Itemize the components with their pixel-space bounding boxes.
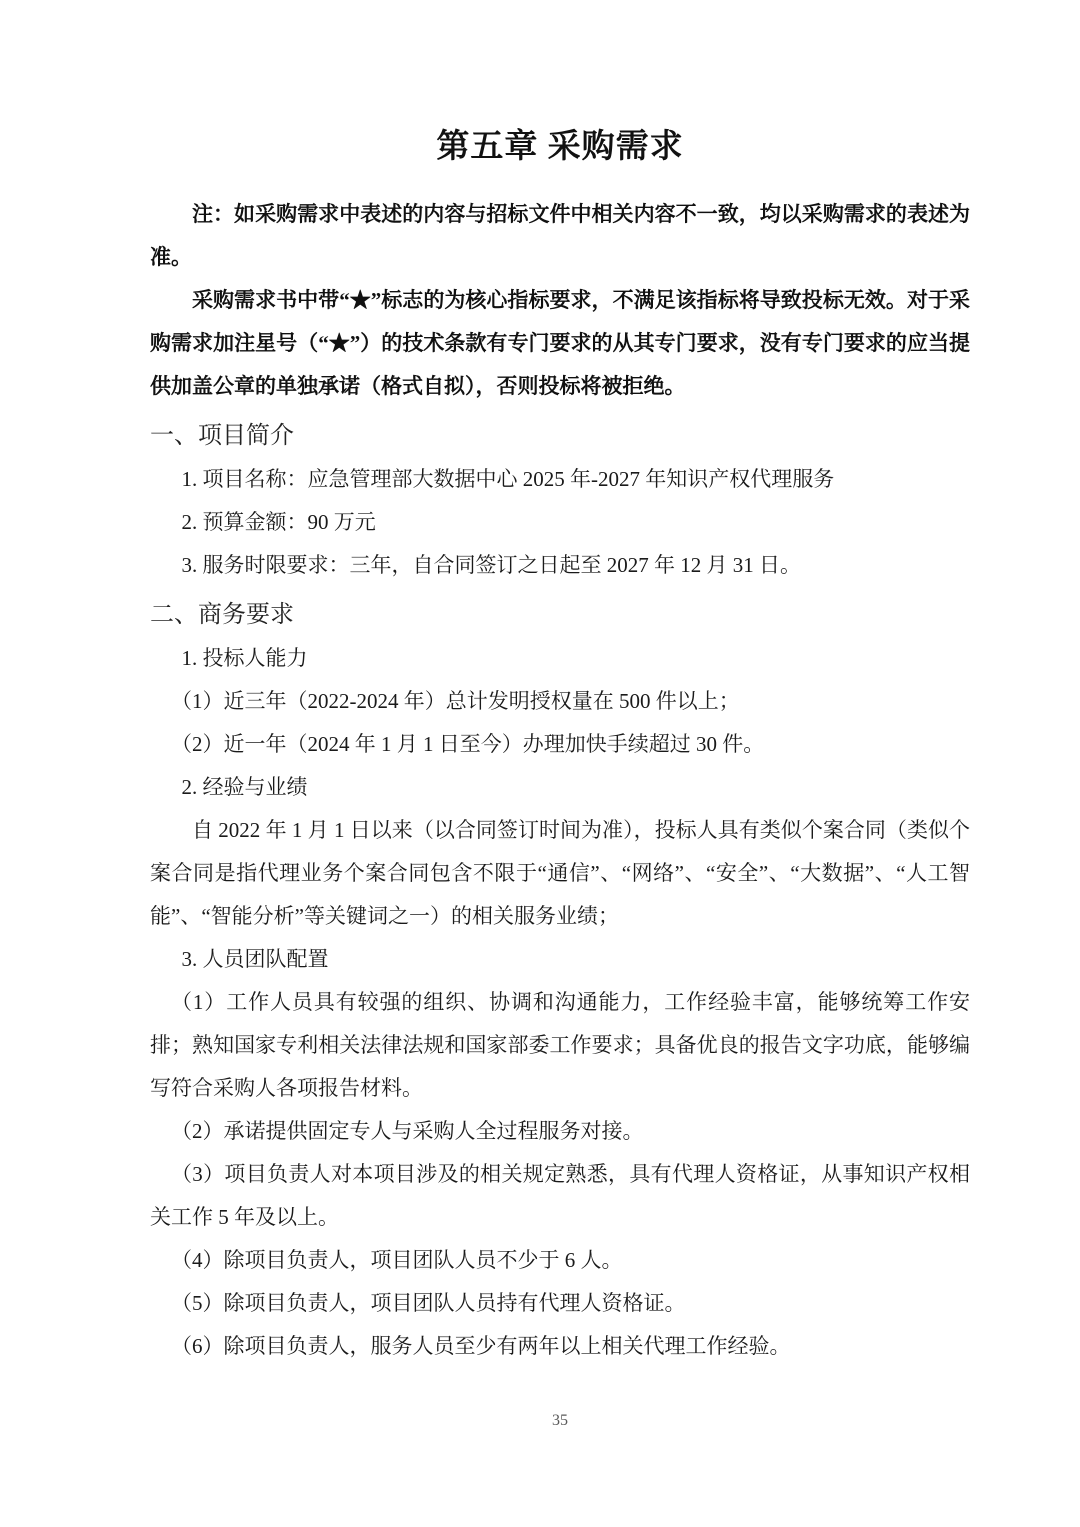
chapter-title-text: 第五章 采购需求 xyxy=(436,129,683,165)
list-item-project-name: 1. 项目名称：应急管理部大数据中心 2025 年-2027 年知识产权代理服务 xyxy=(150,458,970,501)
chapter-title: 第五章 采购需求 xyxy=(150,122,970,172)
section-heading-project-intro: 一、项目简介 xyxy=(150,414,970,458)
list-item-bidder-capability: 1. 投标人能力 xyxy=(150,637,970,680)
sub-item-team-2: （2）承诺提供固定专人与采购人全过程服务对接。 xyxy=(150,1110,970,1153)
list-item-team: 3. 人员团队配置 xyxy=(150,938,970,981)
note-paragraph-2: 采购需求书中带“★”标志的为核心指标要求，不满足该指标将导致投标无效。对于采购需… xyxy=(150,279,970,408)
sub-item-team-5: （5）除项目负责人，项目团队人员持有代理人资格证。 xyxy=(150,1282,970,1325)
sub-item-team-3: （3）项目负责人对本项目涉及的相关规定熟悉，具有代理人资格证，从事知识产权相关工… xyxy=(150,1153,970,1239)
list-item-experience: 2. 经验与业绩 xyxy=(150,766,970,809)
list-item-budget: 2. 预算金额：90 万元 xyxy=(150,501,970,544)
sub-item-capability-1: （1）近三年（2022-2024 年）总计发明授权量在 500 件以上； xyxy=(150,680,970,723)
list-item-service-term: 3. 服务时限要求：三年，自合同签订之日起至 2027 年 12 月 31 日。 xyxy=(150,544,970,587)
document-page: 第五章 采购需求 注：如采购需求中表述的内容与招标文件中相关内容不一致，均以采购… xyxy=(0,0,1080,1527)
sub-item-team-6: （6）除项目负责人，服务人员至少有两年以上相关代理工作经验。 xyxy=(150,1325,970,1368)
body-paragraph-experience: 自 2022 年 1 月 1 日以来（以合同签订时间为准），投标人具有类似个案合… xyxy=(150,809,970,938)
note-paragraph-1: 注：如采购需求中表述的内容与招标文件中相关内容不一致，均以采购需求的表述为准。 xyxy=(150,193,970,279)
section-heading-business-requirements: 二、商务要求 xyxy=(150,593,970,637)
page-number: 35 xyxy=(552,1412,568,1429)
sub-item-capability-2: （2）近一年（2024 年 1 月 1 日至今）办理加快手续超过 30 件。 xyxy=(150,723,970,766)
page-footer: 35 xyxy=(150,1412,970,1430)
sub-item-team-1: （1）工作人员具有较强的组织、协调和沟通能力，工作经验丰富，能够统筹工作安排；熟… xyxy=(150,981,970,1110)
sub-item-team-4: （4）除项目负责人，项目团队人员不少于 6 人。 xyxy=(150,1239,970,1282)
document-content: 第五章 采购需求 注：如采购需求中表述的内容与招标文件中相关内容不一致，均以采购… xyxy=(0,0,1080,1368)
